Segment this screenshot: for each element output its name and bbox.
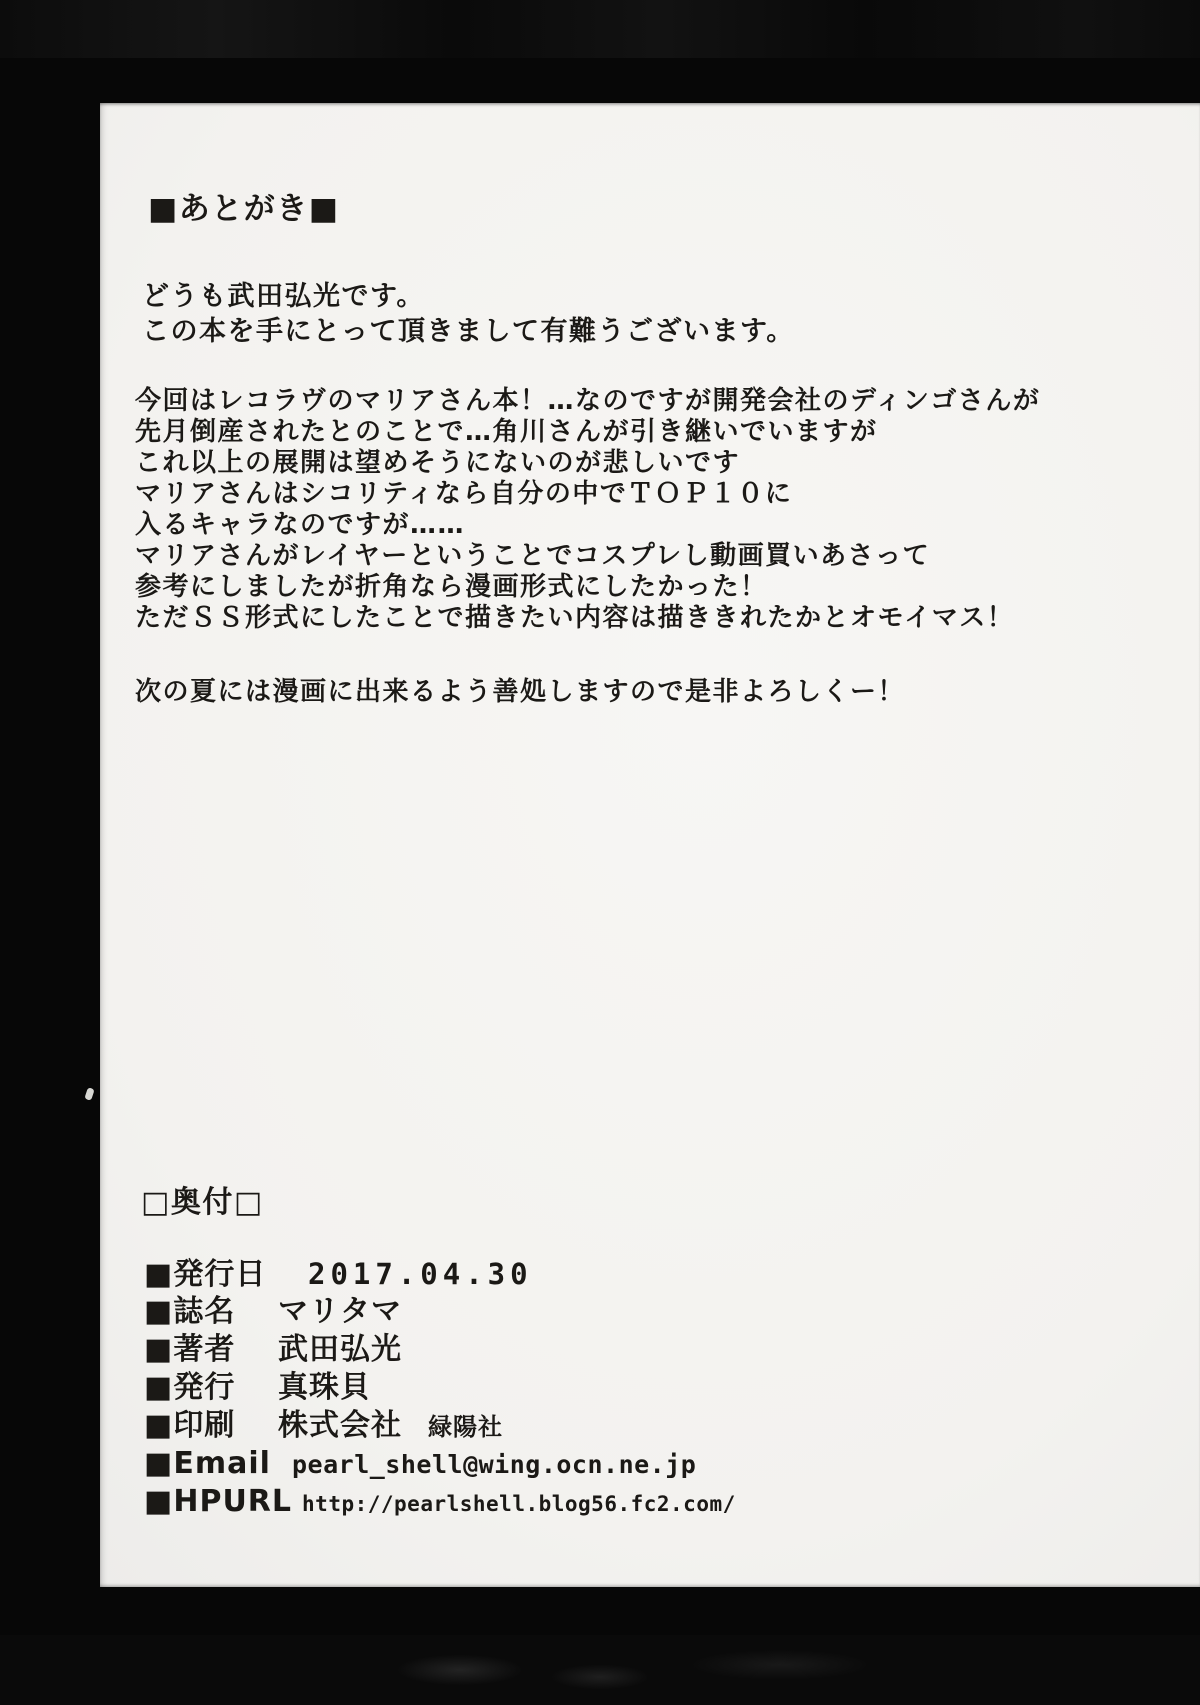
colophon-label: ■Email (144, 1445, 278, 1483)
afterword-paragraph-2: 今回はレコラヴのマリアさん本！…なのですが開発会社のディンゴさんが 先月倒産され… (135, 386, 1040, 634)
colophon-row-publish-date: ■発行日 2017.04.30 (144, 1255, 1180, 1293)
colophon-value: 武田弘光 (278, 1331, 402, 1369)
colophon-row-printer: ■印刷 株式会社 緑陽社 (144, 1407, 1180, 1445)
scanner-noise-bottom (0, 1635, 1200, 1705)
scanned-page: ■あとがき■ どうも武田弘光です。 この本を手にとって頂きまして有難うございます… (100, 103, 1200, 1587)
colophon-row-title: ■誌名 マリタマ (144, 1293, 1180, 1331)
colophon-value-url: http://pearlshell.blog56.fc2.com/ (302, 1485, 736, 1523)
text-line: これ以上の展開は望めそうにないのが悲しいです (135, 448, 1040, 479)
colophon-row-publisher: ■発行 真珠貝 (144, 1369, 1180, 1407)
colophon-value: 真珠貝 (278, 1369, 371, 1407)
colophon-row-email: ■Email pearl_shell@wing.ocn.ne.jp (144, 1445, 1180, 1483)
colophon-label: ■発行 (144, 1369, 278, 1407)
text-line: 先月倒産されたとのことで…角川さんが引き継いでいますが (135, 417, 1040, 448)
colophon-label: ■印刷 (144, 1407, 278, 1445)
colophon-label: ■発行日 (144, 1256, 278, 1294)
colophon-label: ■著者 (144, 1331, 278, 1369)
text-line: 今回はレコラヴのマリアさん本！…なのですが開発会社のディンゴさんが (135, 386, 1040, 417)
text-line: ただＳＳ形式にしたことで描きたい内容は描ききれたかとオモイマス！ (135, 603, 1040, 634)
text-line: 参考にしましたが折角なら漫画形式にしたかった！ (135, 572, 1040, 603)
text-line: マリアさんがレイヤーということでコスプレし動画買いあさって (135, 541, 1040, 572)
afterword-paragraph-1: どうも武田弘光です。 この本を手にとって頂きまして有難うございます。 (142, 279, 795, 349)
text-line: マリアさんはシコリティなら自分の中でＴＯＰ１０に (135, 479, 1040, 510)
afterword-paragraph-3: 次の夏には漫画に出来るよう善処しますので是非よろしくー！ (135, 677, 905, 708)
colophon-value: 株式会社 (278, 1407, 402, 1445)
afterword-heading: ■あとがき■ (148, 191, 340, 227)
colophon-row-author: ■著者 武田弘光 (144, 1331, 1180, 1369)
text-line: 入るキャラなのですが…… (135, 510, 1040, 541)
colophon-value: 2017.04.30 (308, 1255, 533, 1293)
colophon-label: ■HPURL (144, 1483, 292, 1521)
colophon-value-email: pearl_shell@wing.ocn.ne.jp (292, 1446, 696, 1484)
colophon-label: ■誌名 (144, 1293, 278, 1331)
colophon-row-homepage-url: ■HPURL http://pearlshell.blog56.fc2.com/ (144, 1483, 1180, 1521)
colophon-value: マリタマ (278, 1293, 402, 1331)
text-line: どうも武田弘光です。 (142, 279, 795, 314)
scanner-noise-top (0, 0, 1200, 58)
scan-background: ■あとがき■ どうも武田弘光です。 この本を手にとって頂きまして有難うございます… (0, 0, 1200, 1705)
colophon-heading: □奥付□ (141, 1185, 264, 1221)
dust-speck (84, 1087, 94, 1101)
colophon-list: ■発行日 2017.04.30 ■誌名 マリタマ ■著者 武田弘光 ■発行 真珠… (144, 1255, 1180, 1521)
text-line: 次の夏には漫画に出来るよう善処しますので是非よろしくー！ (135, 677, 905, 708)
text-line: この本を手にとって頂きまして有難うございます。 (142, 314, 795, 349)
colophon-value-secondary: 緑陽社 (428, 1408, 503, 1446)
